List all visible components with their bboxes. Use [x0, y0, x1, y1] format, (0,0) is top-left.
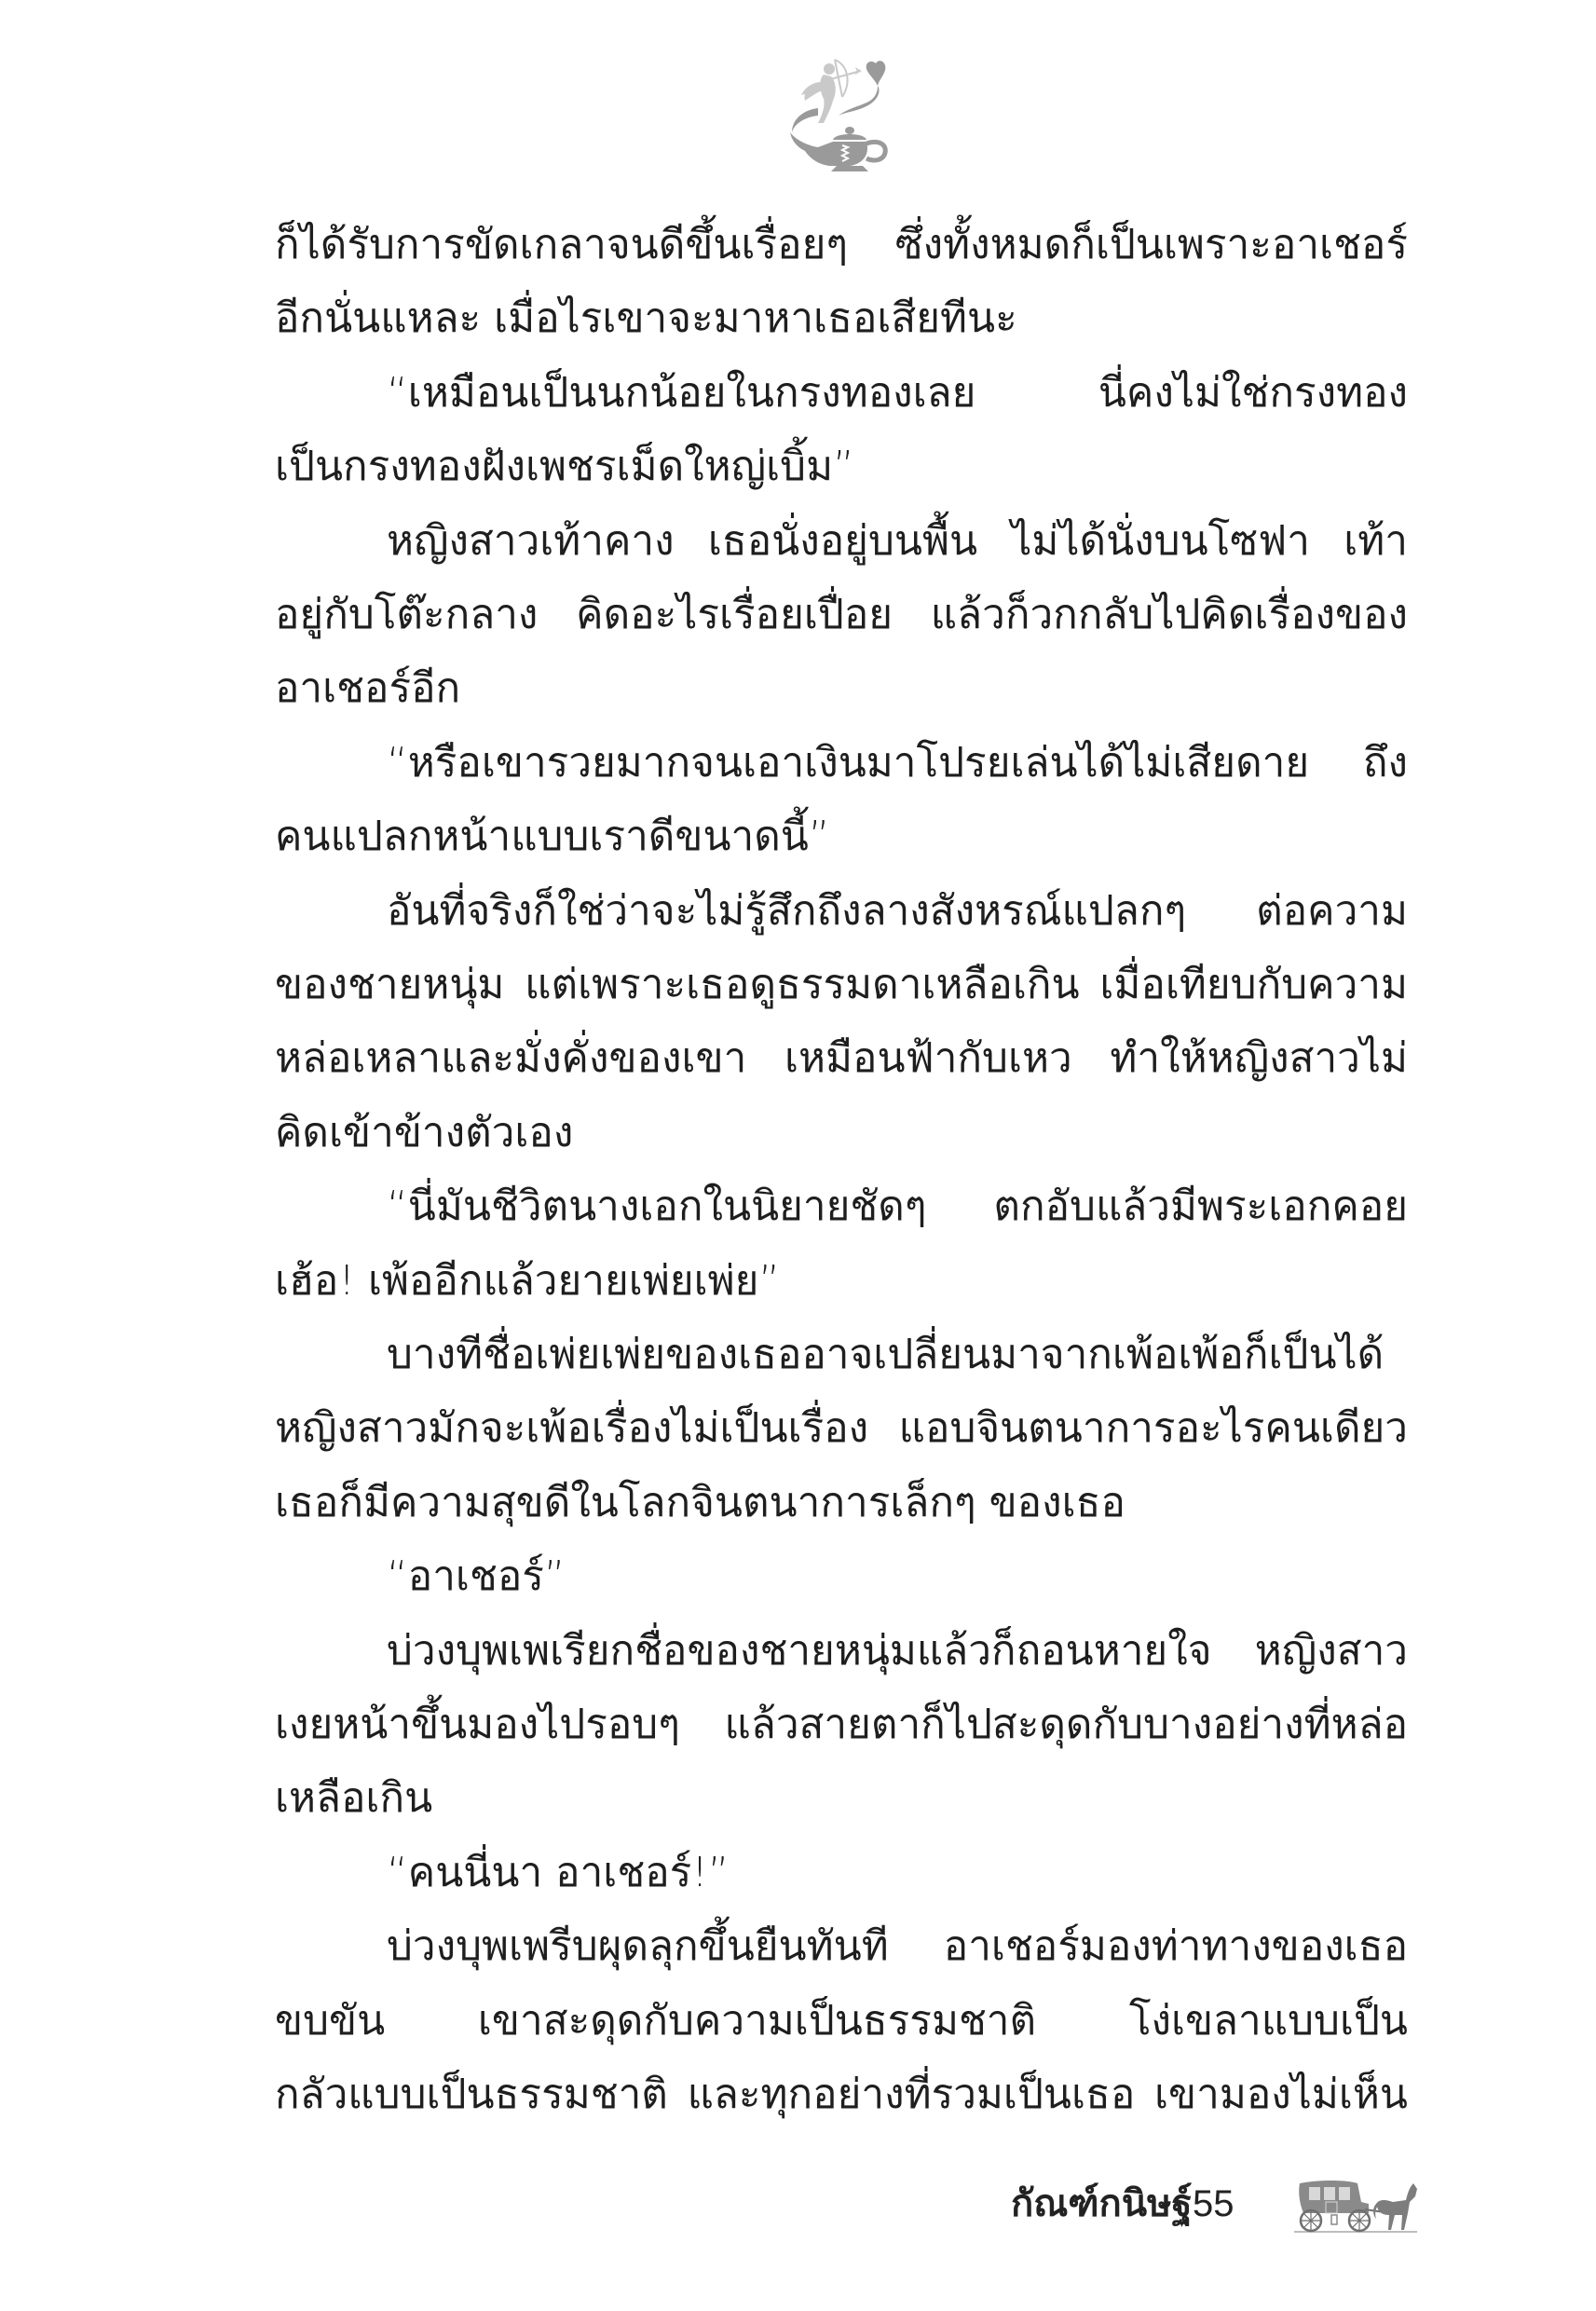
text-line: เป็นกรงทองฝังเพชรเม็ดใหญ่เบิ้ม”: [275, 430, 1408, 504]
text-line: เหลือเกิน: [275, 1761, 1408, 1836]
text-line: บ่วงบุพเพเรียกชื่อของชายหนุ่มแล้วก็ถอนหา…: [387, 1614, 1408, 1689]
book-title: กัณฑ์กนิษฐ์: [1011, 2176, 1193, 2232]
text-line: บางทีชื่อเพ่ยเพ่ยของเธออาจเปลี่ยนมาจากเพ…: [387, 1318, 1408, 1392]
text-line: อยู่กับโต๊ะกลาง คิดอะไรเรื่อยเปื่อย แล้ว…: [275, 578, 1408, 652]
text-line: ขบขัน เขาสะดุดกับความเป็นธรรมชาติ โง่เขล…: [275, 1984, 1408, 2058]
text-line: หล่อเหลาและมั่งคั่งของเขา เหมือนฟ้ากับเห…: [275, 1021, 1408, 1096]
book-page: ก็ได้รับการขัดเกลาจนดีขึ้นเรื่อยๆ ซึ่งทั…: [0, 0, 1596, 2311]
text-line: บ่วงบุพเพรีบผุดลุกขึ้นยืนทันที อาเชอร์มอ…: [387, 1909, 1408, 1984]
text-line: อีกนั่นแหละ เมื่อไรเขาจะมาหาเธอเสียทีนะ: [275, 281, 1408, 356]
genie-lamp-cupid-icon: [781, 54, 896, 173]
text-line: อาเชอร์อีก: [275, 651, 1408, 726]
horse-carriage-icon: [1290, 2176, 1421, 2234]
text-line: หญิงสาวมักจะเพ้อเรื่องไม่เป็นเรื่อง แอบจ…: [275, 1391, 1408, 1466]
text-line: ก็ได้รับการขัดเกลาจนดีขึ้นเรื่อยๆ ซึ่งทั…: [275, 208, 1408, 282]
text-line: “เหมือนเป็นนกน้อยในกรงทองเลย นี่คงไม่ใช่…: [387, 356, 1408, 431]
text-line: กลัวแบบเป็นธรรมชาติ และทุกอย่างที่รวมเป็…: [275, 2058, 1408, 2132]
text-line: คนแปลกหน้าแบบเราดีขนาดนี้”: [275, 800, 1408, 874]
text-line: เงยหน้าขึ้นมองไปรอบๆ แล้วสายตาก็ไปสะดุดก…: [275, 1688, 1408, 1762]
text-line: หญิงสาวเท้าคาง เธอนั่งอยู่บนพื้น ไม่ได้น…: [387, 504, 1408, 579]
text-line: เฮ้อ! เพ้ออีกแล้วยายเพ่ยเพ่ย”: [275, 1244, 1408, 1319]
text-line: “นี่มันชีวิตนางเอกในนิยายชัดๆ ตกอับแล้วม…: [387, 1169, 1408, 1244]
text-line: “คนนี่นา อาเชอร์!”: [387, 1836, 1408, 1910]
text-line: “อาเชอร์”: [387, 1539, 1408, 1614]
text-line: เธอก็มีความสุขดีในโลกจินตนาการเล็กๆ ของเ…: [275, 1466, 1408, 1540]
text-line: “หรือเขารวยมากจนเอาเงินมาโปรยเล่นได้ไม่เ…: [387, 726, 1408, 800]
page-number: 55: [1193, 2176, 1235, 2232]
text-line: ของชายหนุ่ม แต่เพราะเธอดูธรรมดาเหลือเกิน…: [275, 948, 1408, 1022]
text-line: อันที่จริงก็ใช่ว่าจะไม่รู้สึกถึงลางสังหร…: [387, 874, 1408, 949]
page-footer: กัณฑ์กนิษฐ์ 55: [1011, 2167, 1430, 2241]
text-line: คิดเข้าข้างตัวเอง: [275, 1096, 1408, 1170]
